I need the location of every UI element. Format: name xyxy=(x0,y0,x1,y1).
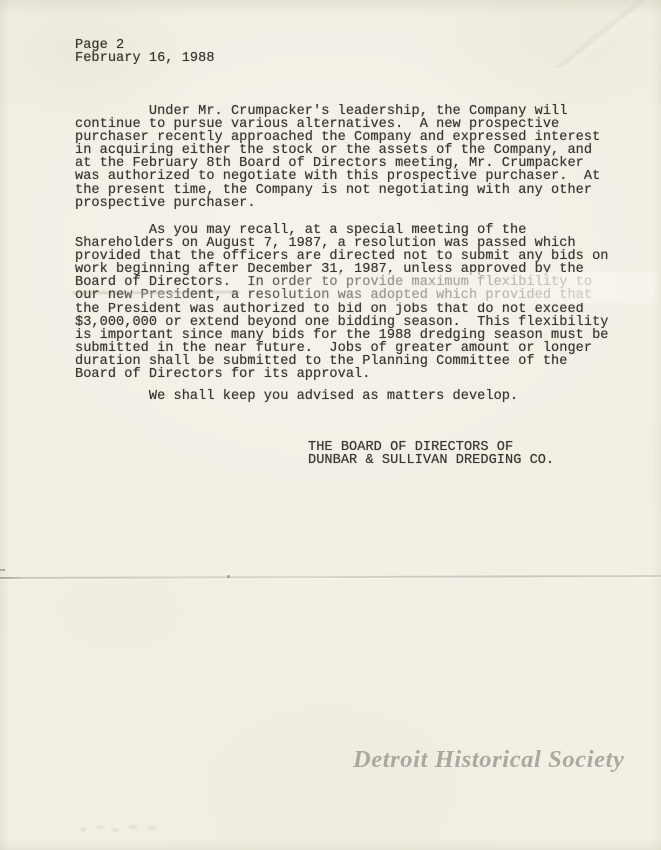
letter-paragraph-3: We shall keep you advised as matters dev… xyxy=(75,390,518,403)
watermark: Detroit Historical Society xyxy=(353,746,624,774)
letter-paragraph-2: As you may recall, at a special meeting … xyxy=(75,224,609,381)
signature-block: THE BOARD OF DIRECTORS OF DUNBAR & SULLI… xyxy=(308,441,554,467)
letter-paragraph-1: Under Mr. Crumpacker's leadership, the C… xyxy=(75,105,600,210)
page-header: Page 2 February 16, 1988 xyxy=(75,39,215,65)
paper-corner-crease xyxy=(550,0,661,80)
paper-speck xyxy=(227,575,230,578)
bleed-through-smudge xyxy=(74,818,166,838)
scanned-letter-page: Page 2 February 16, 1988 Under Mr. Crump… xyxy=(0,0,661,850)
paper-fold-line xyxy=(0,575,661,578)
paper-speck xyxy=(0,569,5,571)
